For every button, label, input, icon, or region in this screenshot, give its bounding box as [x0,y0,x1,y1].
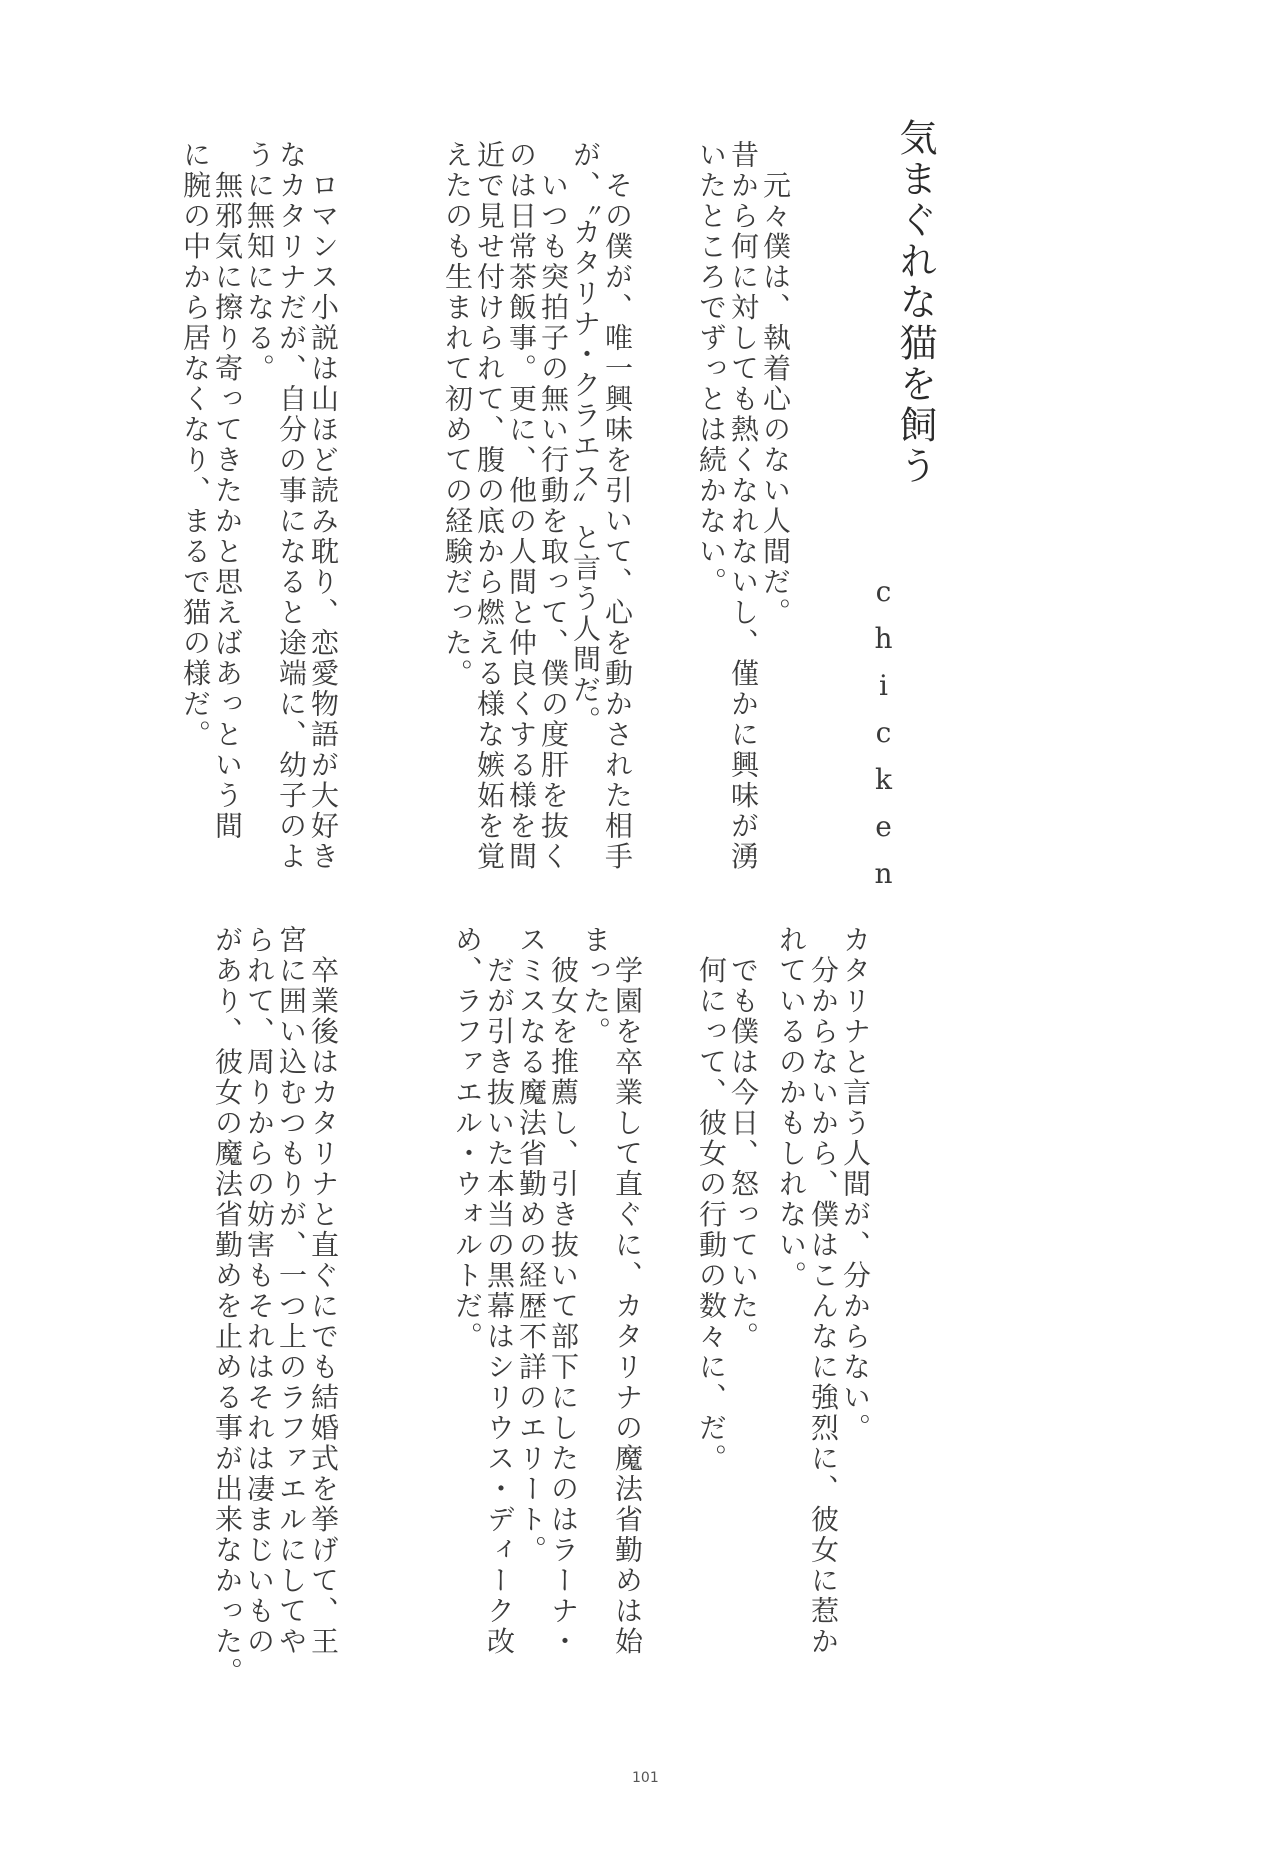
story-title: 気まぐれな猫を飼う [898,118,932,487]
text-line: 彼女を推薦し、引き抜いて部下にしたのはラーナ・ [546,925,580,1657]
text-line: いたところでずっとは続かない。 [694,140,728,598]
text-line: うに無知になる。 [242,140,276,384]
text-line: 宮に囲い込むつもりが、一つ上のラファエルにしてや [274,925,308,1657]
text-line: 分からないから、僕はこんなに強烈に、彼女に惹か [806,925,840,1657]
text-line: なカタリナだが、自分の事になると途端に、幼子のよ [274,140,308,872]
text-line: まった。 [578,925,612,1047]
text-line: られて、周りからの妨害もそれはそれは凄まじいもの [242,925,276,1657]
text-line: 元々僕は、執着心のない人間だ。 [758,140,792,628]
author-name: chicken [866,575,900,904]
text-line: め、ラファエル・ウォルトだ。 [450,925,484,1352]
page-number: 101 [632,1770,659,1786]
text-line: れているのかもしれない。 [774,925,808,1291]
text-line: カタリナと言う人間が、分からない。 [838,925,872,1444]
text-line: に腕の中から居なくなり、まるで猫の様だ。 [178,140,212,750]
text-line: 無邪気に擦り寄ってきたかと思えばあっという間 [210,140,244,842]
text-line: 何にって、彼女の行動の数々に、だ。 [694,925,728,1474]
text-line: いつも突拍子の無い行動を取って、僕の度肝を抜く [536,140,570,872]
text-line: でも僕は今日、怒っていた。 [726,925,760,1352]
text-line: 近で見せ付けられて、腹の底から燃える様な嫉妬を覚 [472,140,506,872]
text-line: スミスなる魔法省勤めの経歴不詳のエリート。 [514,925,548,1566]
text-line: が、〝カタリナ・クラエス〟と言う人間だ。 [568,140,602,736]
text-line: ロマンス小説は山ほど読み耽り、恋愛物語が大好き [306,140,340,872]
text-line: 学園を卒業して直ぐに、カタリナの魔法省勤めは始 [610,925,644,1657]
text-line: 昔から何に対しても熱くなれないし、僅かに興味が湧 [726,140,760,872]
text-line: その僕が、唯一興味を引いて、心を動かされた相手 [600,140,634,872]
text-line: だが引き抜いた本当の黒幕はシリウス・ディーク改 [482,925,516,1657]
text-line: えたのも生まれて初めての経験だった。 [440,140,474,689]
text-line: のは日常茶飯事。更に、他の人間と仲良くする様を間 [504,140,538,872]
text-line: 卒業後はカタリナと直ぐにでも結婚式を挙げて、王 [306,925,340,1657]
text-line: があり、彼女の魔法省勤めを止める事が出来なかった。 [210,925,244,1688]
